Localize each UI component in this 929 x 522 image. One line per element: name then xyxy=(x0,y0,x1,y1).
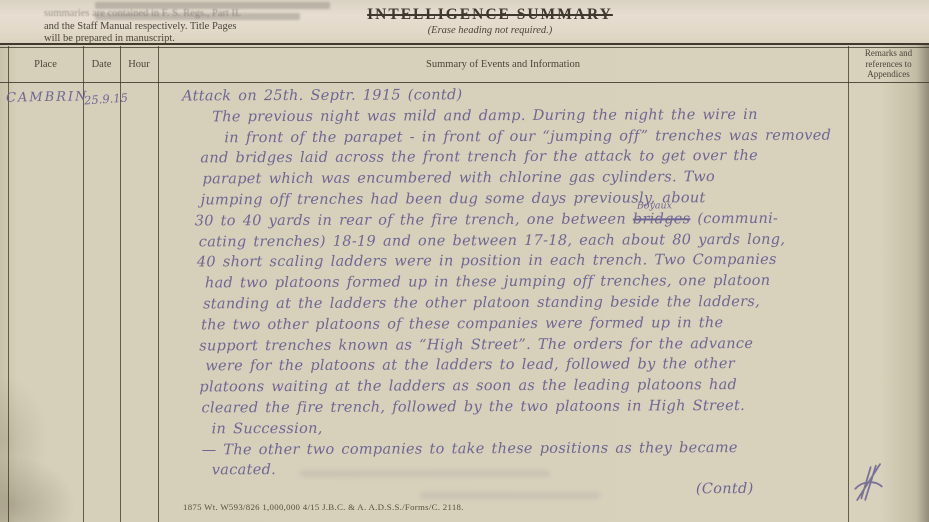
handwriting-line: were for the platoons at the ladders to … xyxy=(183,354,851,378)
struck-out-word: bridges xyxy=(633,211,691,227)
war-diary-page: { "header": { "top_note_lines": [ "summa… xyxy=(0,0,929,522)
handwriting-line: standing at the ladders the other platoo… xyxy=(183,292,851,316)
handwriting-line: the two other platoons of these companie… xyxy=(183,312,851,336)
corrected-word: bridgesBoyaux xyxy=(633,209,691,230)
column-header-summary: Summary of Events and Information xyxy=(158,46,848,82)
handwriting-line: jumping off trenches had been dug some d… xyxy=(183,188,851,212)
divider-date-hour xyxy=(120,46,121,522)
handwriting-line: Attack on 25th. Septr. 1915 (contd) xyxy=(182,84,850,108)
handwriting-line: in front of the parapet - in front of ou… xyxy=(182,125,850,149)
top-double-rule-heavy xyxy=(0,43,929,45)
table-left-border xyxy=(8,46,9,522)
divider-hour-summary xyxy=(158,46,159,522)
handwriting-line: — The other two companies to take these … xyxy=(184,437,852,461)
handwriting-line: support trenches known as “High Street”.… xyxy=(183,333,851,357)
handwriting-text: (communi- xyxy=(690,211,778,227)
top-note-line-2: and the Staff Manual respectively. Title… xyxy=(44,21,334,34)
top-instruction-note: summaries are contained in F. S. Regs., … xyxy=(44,8,334,46)
column-header-remarks: Remarks and references to Appendices xyxy=(848,46,929,82)
handwriting-line: platoons waiting at the ladders as soon … xyxy=(183,375,851,399)
handwriting-line: in Succession, xyxy=(184,416,852,440)
correction-above-word: Boyaux xyxy=(637,201,672,210)
handwriting-line: parapet which was encumbered with chlori… xyxy=(182,167,850,191)
handwriting-line: 30 to 40 yards in rear of the fire trenc… xyxy=(183,208,851,232)
handwriting-line: cating trenches) 18-19 and one between 1… xyxy=(183,229,851,253)
handwriting-line: had two platoons formed up in these jump… xyxy=(183,271,851,295)
handwriting-line: 40 short scaling ladders were in positio… xyxy=(183,250,851,274)
footer-imprint: 1875 Wt. W593/826 1,000,000 4/15 J.B.C. … xyxy=(183,502,464,512)
column-header-place: Place xyxy=(8,46,83,82)
column-header-date: Date xyxy=(83,46,120,82)
entry-date: 25.9.15 xyxy=(84,90,129,107)
handwriting-line: cleared the fire trench, followed by the… xyxy=(183,395,851,419)
page-subtitle: (Erase heading not required.) xyxy=(330,25,650,36)
page-title: INTELLIGENCE SUMMARY xyxy=(330,6,650,24)
divider-place-date xyxy=(83,46,84,522)
top-note-line-1: summaries are contained in F. S. Regs., … xyxy=(44,8,334,21)
summary-lines: Attack on 25th. Septr. 1915 (contd)The p… xyxy=(182,84,852,503)
bleed-through-mark xyxy=(420,492,600,499)
initials-scribble xyxy=(848,458,889,508)
handwriting-text: 30 to 40 yards in rear of the fire trenc… xyxy=(195,211,633,229)
handwriting-line: and bridges laid across the front trench… xyxy=(182,146,850,170)
handwriting-line: The previous night was mild and damp. Du… xyxy=(182,104,850,128)
bleed-through-mark xyxy=(300,470,550,477)
entry-place: CAMBRIN xyxy=(6,89,89,105)
column-header-hour: Hour xyxy=(120,46,158,82)
